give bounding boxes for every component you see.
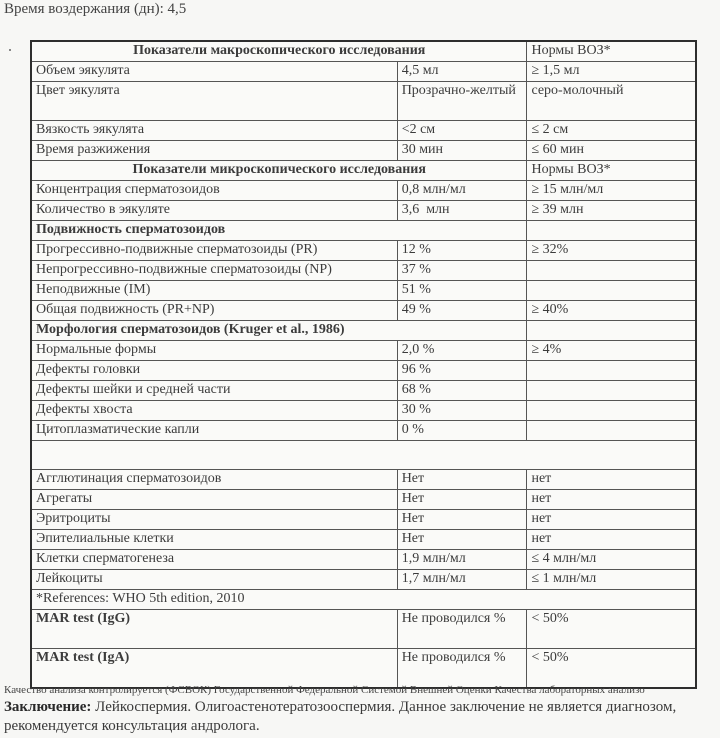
row-value: 49 % (397, 301, 527, 321)
row-value: Нет (397, 530, 527, 550)
row-norm (527, 401, 696, 421)
micro-header: Показатели микроскопического исследовани… (31, 161, 527, 181)
table-row: Клетки сперматогенеза 1,9 млн/мл ≤ 4 млн… (31, 550, 696, 570)
row-norm (527, 381, 696, 401)
row-norm: ≤ 60 мин (527, 141, 696, 161)
row-value: Нет (397, 470, 527, 490)
row-value: Не проводился % (397, 649, 527, 689)
semen-analysis-table: Показатели макроскопического исследовани… (30, 40, 697, 689)
row-label: Количество в эякуляте (31, 201, 397, 221)
row-norm: ≥ 40% (527, 301, 696, 321)
table-row: Прогрессивно-подвижные сперматозоиды (PR… (31, 241, 696, 261)
row-label: Эпителиальные клетки (31, 530, 397, 550)
row-label: Неподвижные (IM) (31, 281, 397, 301)
row-norm: нет (527, 530, 696, 550)
scan-speck (9, 49, 11, 51)
motility-header-row: Подвижность сперматозоидов (31, 221, 696, 241)
references-note: *References: WHO 5th edition, 2010 (31, 590, 696, 610)
row-norm: ≥ 15 млн/мл (527, 181, 696, 201)
row-value: 30 мин (397, 141, 527, 161)
table-row: Агглютинация сперматозоидов Нет нет (31, 470, 696, 490)
row-norm: ≤ 2 см (527, 121, 696, 141)
table-row: Общая подвижность (PR+NP) 49 % ≥ 40% (31, 301, 696, 321)
row-value: 4,5 мл (397, 62, 527, 82)
row-label: Дефекты шейки и средней части (31, 381, 397, 401)
row-label: Прогрессивно-подвижные сперматозоиды (PR… (31, 241, 397, 261)
table-row: Неподвижные (IM) 51 % (31, 281, 696, 301)
row-label: Клетки сперматогенеза (31, 550, 397, 570)
table-row: Дефекты хвоста 30 % (31, 401, 696, 421)
conclusion-label: Заключение: (4, 699, 91, 715)
row-label: Непрогрессивно-подвижные сперматозоиды (… (31, 261, 397, 281)
row-norm (527, 361, 696, 381)
row-norm: нет (527, 510, 696, 530)
row-label: Цитоплазматические капли (31, 421, 397, 441)
row-value: 51 % (397, 281, 527, 301)
row-norm: нет (527, 470, 696, 490)
macro-header: Показатели макроскопического исследовани… (31, 41, 527, 62)
row-norm: ≥ 1,5 мл (527, 62, 696, 82)
row-value: Прозрачно-желтый (397, 82, 527, 121)
table-row: Объем эякулята 4,5 мл ≥ 1,5 мл (31, 62, 696, 82)
row-label: Время разжижения (31, 141, 397, 161)
row-label: Эритроциты (31, 510, 397, 530)
row-label: Агрегаты (31, 490, 397, 510)
conclusion-text: Лейкоспермия. Олигоастенотератозоосперми… (4, 699, 676, 734)
conclusion: Заключение: Лейкоспермия. Олигоастенотер… (4, 698, 704, 736)
table-row: Цитоплазматические капли 0 % (31, 421, 696, 441)
row-label: Агглютинация сперматозоидов (31, 470, 397, 490)
table-row: Концентрация сперматозоидов 0,8 млн/мл ≥… (31, 181, 696, 201)
row-value: 0,8 млн/мл (397, 181, 527, 201)
references-row: *References: WHO 5th edition, 2010 (31, 590, 696, 610)
table-row: MAR test (IgG) Не проводился % < 50% (31, 610, 696, 649)
blank-spacer-row (31, 441, 696, 470)
row-value: <2 см (397, 121, 527, 141)
row-label: Вязкость эякулята (31, 121, 397, 141)
row-norm: < 50% (527, 649, 696, 689)
row-label: Концентрация сперматозоидов (31, 181, 397, 201)
macro-header-row: Показатели макроскопического исследовани… (31, 41, 696, 62)
row-norm: серо-молочный (527, 82, 696, 121)
table-row: Эпителиальные клетки Нет нет (31, 530, 696, 550)
row-value: 2,0 % (397, 341, 527, 361)
row-norm (527, 261, 696, 281)
row-value: 0 % (397, 421, 527, 441)
row-norm: нет (527, 490, 696, 510)
table-row: Лейкоциты 1,7 млн/мл ≤ 1 млн/мл (31, 570, 696, 590)
quality-control-note: Качество анализа контролируется (ФСВОК) … (4, 684, 645, 697)
row-value: 68 % (397, 381, 527, 401)
table-row: Дефекты головки 96 % (31, 361, 696, 381)
row-value: Не проводился % (397, 610, 527, 649)
motility-header: Подвижность сперматозоидов (31, 221, 527, 241)
row-label: Дефекты головки (31, 361, 397, 381)
row-norm: < 50% (527, 610, 696, 649)
macro-norm-header: Нормы ВОЗ* (527, 41, 696, 62)
table-row: Непрогрессивно-подвижные сперматозоиды (… (31, 261, 696, 281)
row-norm: ≥ 39 млн (527, 201, 696, 221)
table-row: Количество в эякуляте 3,6 млн ≥ 39 млн (31, 201, 696, 221)
row-norm (527, 281, 696, 301)
row-value: 1,9 млн/мл (397, 550, 527, 570)
row-value: Нет (397, 510, 527, 530)
row-value: 37 % (397, 261, 527, 281)
row-value: Нет (397, 490, 527, 510)
table-row: Агрегаты Нет нет (31, 490, 696, 510)
row-label: Лейкоциты (31, 570, 397, 590)
table-row: Эритроциты Нет нет (31, 510, 696, 530)
row-label: Объем эякулята (31, 62, 397, 82)
row-value: 3,6 млн (397, 201, 527, 221)
table-row: Нормальные формы 2,0 % ≥ 4% (31, 341, 696, 361)
row-label: Нормальные формы (31, 341, 397, 361)
row-value: 12 % (397, 241, 527, 261)
row-norm: ≤ 4 млн/мл (527, 550, 696, 570)
row-norm: ≥ 32% (527, 241, 696, 261)
row-norm: ≥ 4% (527, 341, 696, 361)
row-value: 96 % (397, 361, 527, 381)
row-label: MAR test (IgA) (31, 649, 397, 689)
row-label: MAR test (IgG) (31, 610, 397, 649)
abstinence-days: Время воздержания (дн): 4,5 (4, 0, 186, 18)
row-value: 30 % (397, 401, 527, 421)
table-row: Дефекты шейки и средней части 68 % (31, 381, 696, 401)
table-row: Время разжижения 30 мин ≤ 60 мин (31, 141, 696, 161)
micro-header-row: Показатели микроскопического исследовани… (31, 161, 696, 181)
morphology-header-row: Морфология сперматозоидов (Kruger et al.… (31, 321, 696, 341)
row-label: Цвет эякулята (31, 82, 397, 121)
table-row: Вязкость эякулята <2 см ≤ 2 см (31, 121, 696, 141)
row-label: Дефекты хвоста (31, 401, 397, 421)
morphology-header: Морфология сперматозоидов (Kruger et al.… (31, 321, 527, 341)
row-norm: ≤ 1 млн/мл (527, 570, 696, 590)
row-value: 1,7 млн/мл (397, 570, 527, 590)
row-norm (527, 421, 696, 441)
micro-norm-header: Нормы ВОЗ* (527, 161, 696, 181)
table-row: Цвет эякулята Прозрачно-желтый серо-моло… (31, 82, 696, 121)
table-row: MAR test (IgA) Не проводился % < 50% (31, 649, 696, 689)
row-label: Общая подвижность (PR+NP) (31, 301, 397, 321)
